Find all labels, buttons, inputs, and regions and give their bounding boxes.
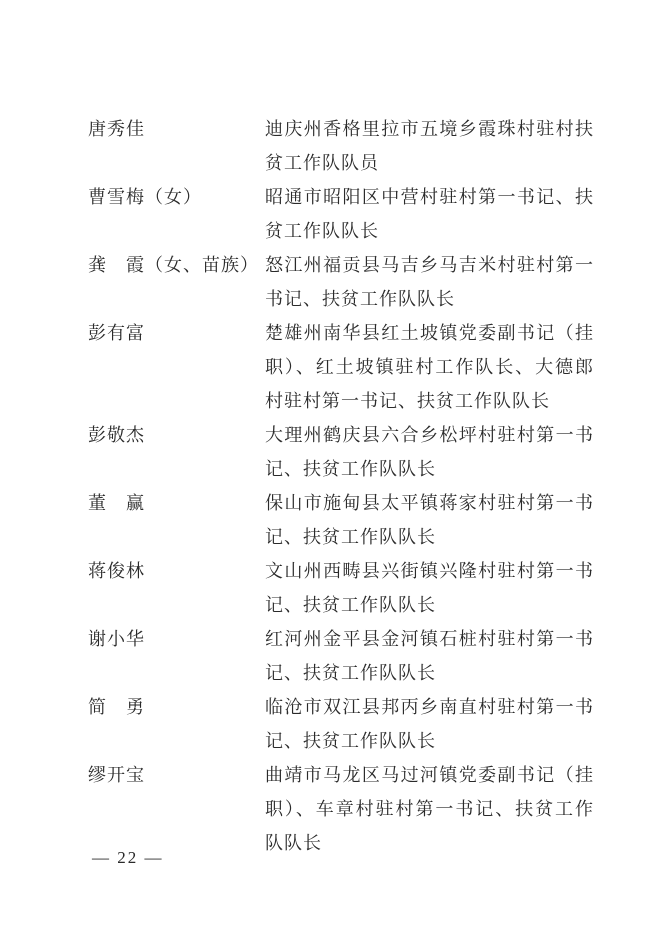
document-page: 唐秀佳 迪庆州香格里拉市五境乡霞珠村驻村扶贫工作队队员 曹雪梅（女） 昭通市昭阳…	[0, 0, 670, 948]
person-title: 楚雄州南华县红土坡镇党委副书记（挂职）、红土坡镇驻村工作队长、大德郎村驻村第一书…	[265, 316, 594, 418]
table-row: 曹雪梅（女） 昭通市昭阳区中营村驻村第一书记、扶贫工作队队长	[88, 180, 594, 248]
person-name: 简 勇	[88, 690, 265, 724]
person-name: 缪开宝	[88, 758, 265, 792]
table-row: 简 勇 临沧市双江县邦丙乡南直村驻村第一书记、扶贫工作队队长	[88, 690, 594, 758]
person-title: 临沧市双江县邦丙乡南直村驻村第一书记、扶贫工作队队长	[265, 690, 594, 758]
person-title: 大理州鹤庆县六合乡松坪村驻村第一书记、扶贫工作队队长	[265, 418, 594, 486]
table-row: 缪开宝 曲靖市马龙区马过河镇党委副书记（挂职）、车章村驻村第一书记、扶贫工作队队…	[88, 758, 594, 860]
person-title: 红河州金平县金河镇石桩村驻村第一书记、扶贫工作队队长	[265, 622, 594, 690]
table-row: 董 赢 保山市施甸县太平镇蒋家村驻村第一书记、扶贫工作队队长	[88, 486, 594, 554]
person-title: 昭通市昭阳区中营村驻村第一书记、扶贫工作队队长	[265, 180, 594, 248]
person-name: 谢小华	[88, 622, 265, 656]
page-number: — 22 —	[92, 848, 164, 868]
table-row: 龚 霞（女、苗族） 怒江州福贡县马吉乡马吉米村驻村第一书记、扶贫工作队队长	[88, 248, 594, 316]
person-name: 蒋俊林	[88, 554, 265, 588]
person-name: 唐秀佳	[88, 112, 265, 146]
person-title: 文山州西畴县兴街镇兴隆村驻村第一书记、扶贫工作队队长	[265, 554, 594, 622]
person-name: 彭敬杰	[88, 418, 265, 452]
table-row: 谢小华 红河州金平县金河镇石桩村驻村第一书记、扶贫工作队队长	[88, 622, 594, 690]
table-row: 彭有富 楚雄州南华县红土坡镇党委副书记（挂职）、红土坡镇驻村工作队长、大德郎村驻…	[88, 316, 594, 418]
table-row: 蒋俊林 文山州西畴县兴街镇兴隆村驻村第一书记、扶贫工作队队长	[88, 554, 594, 622]
person-name: 曹雪梅（女）	[88, 180, 265, 214]
table-row: 唐秀佳 迪庆州香格里拉市五境乡霞珠村驻村扶贫工作队队员	[88, 112, 594, 180]
person-name: 龚 霞（女、苗族）	[88, 248, 265, 282]
person-name: 彭有富	[88, 316, 265, 350]
honoree-list: 唐秀佳 迪庆州香格里拉市五境乡霞珠村驻村扶贫工作队队员 曹雪梅（女） 昭通市昭阳…	[88, 112, 594, 860]
person-name: 董 赢	[88, 486, 265, 520]
person-title: 怒江州福贡县马吉乡马吉米村驻村第一书记、扶贫工作队队长	[265, 248, 594, 316]
person-title: 保山市施甸县太平镇蒋家村驻村第一书记、扶贫工作队队长	[265, 486, 594, 554]
person-title: 迪庆州香格里拉市五境乡霞珠村驻村扶贫工作队队员	[265, 112, 594, 180]
person-title: 曲靖市马龙区马过河镇党委副书记（挂职）、车章村驻村第一书记、扶贫工作队队长	[265, 758, 594, 860]
table-row: 彭敬杰 大理州鹤庆县六合乡松坪村驻村第一书记、扶贫工作队队长	[88, 418, 594, 486]
